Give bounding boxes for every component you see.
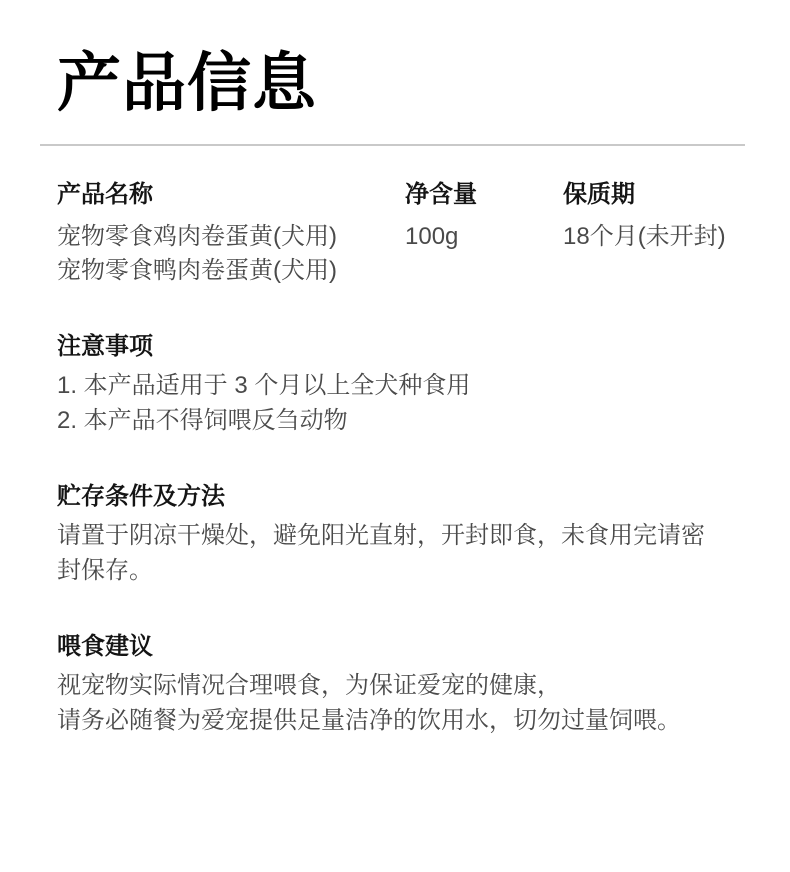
product-info-table: 产品名称 宠物零食鸡肉卷蛋黄(犬用) 宠物零食鸭肉卷蛋黄(犬用) 净含量 100… xyxy=(57,180,733,288)
column-net-content: 净含量 100g xyxy=(405,180,563,288)
column-header-product-name: 产品名称 xyxy=(57,180,405,210)
section-precautions: 注意事项 1. 本产品适用于 3 个月以上全犬种食用 2. 本产品不得饲喂反刍动… xyxy=(57,332,733,438)
column-header-shelf-life: 保质期 xyxy=(563,180,733,210)
column-shelf-life: 保质期 18个月(未开封) xyxy=(563,180,733,288)
page-title: 产品信息 xyxy=(57,0,733,126)
precaution-item-2: 2. 本产品不得饲喂反刍动物 xyxy=(57,403,733,438)
feeding-advice-line-1: 视宠物实际情况合理喂食，为保证爱宠的健康， xyxy=(57,668,733,703)
title-divider xyxy=(40,144,745,146)
feeding-advice-line-2: 请务必随餐为爱宠提供足量洁净的饮用水，切勿过量饲喂。 xyxy=(57,703,733,738)
column-product-name: 产品名称 宠物零食鸡肉卷蛋黄(犬用) 宠物零食鸭肉卷蛋黄(犬用) xyxy=(57,180,405,288)
product-name-line-2: 宠物零食鸭肉卷蛋黄(犬用) xyxy=(57,254,405,288)
product-info-page: 产品信息 产品名称 宠物零食鸡肉卷蛋黄(犬用) 宠物零食鸭肉卷蛋黄(犬用) 净含… xyxy=(0,0,790,872)
section-heading-precautions: 注意事项 xyxy=(57,332,733,362)
section-storage: 贮存条件及方法 请置于阴凉干燥处，避免阳光直射，开封即食，未食用完请密 封保存。 xyxy=(57,482,733,588)
section-feeding-advice: 喂食建议 视宠物实际情况合理喂食，为保证爱宠的健康， 请务必随餐为爱宠提供足量洁… xyxy=(57,632,733,738)
shelf-life-value: 18个月(未开封) xyxy=(563,220,733,254)
column-header-net-content: 净含量 xyxy=(405,180,563,210)
product-name-line-1: 宠物零食鸡肉卷蛋黄(犬用) xyxy=(57,220,405,254)
net-content-value: 100g xyxy=(405,220,563,254)
storage-line-2: 封保存。 xyxy=(57,553,733,588)
storage-line-1: 请置于阴凉干燥处，避免阳光直射，开封即食，未食用完请密 xyxy=(57,518,733,553)
precaution-item-1: 1. 本产品适用于 3 个月以上全犬种食用 xyxy=(57,368,733,403)
section-heading-storage: 贮存条件及方法 xyxy=(57,482,733,512)
section-heading-feeding-advice: 喂食建议 xyxy=(57,632,733,662)
